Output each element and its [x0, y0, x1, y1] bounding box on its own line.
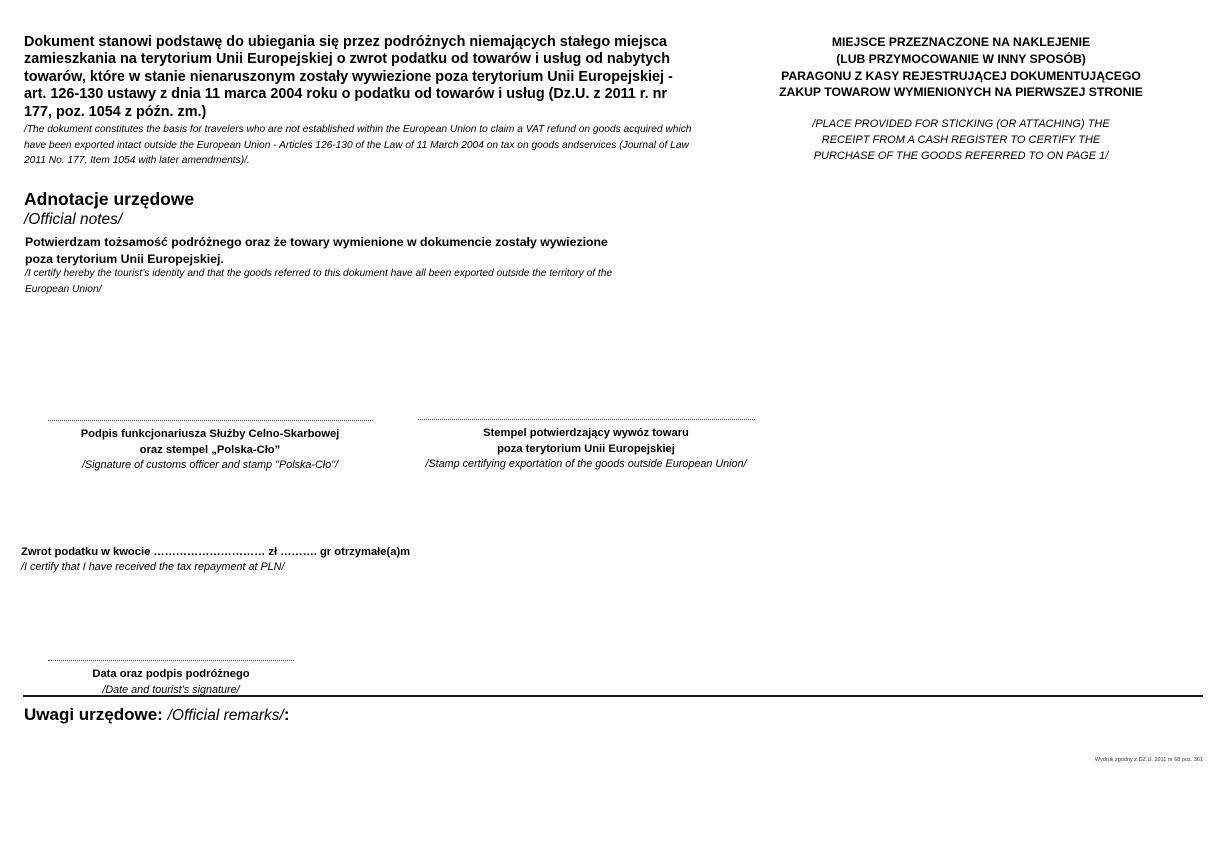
- tourist-signature-label: Data oraz podpis podróżnego: [40, 667, 302, 683]
- official-notes-subtitle: /Official notes/: [24, 211, 122, 229]
- officer-signature-label: Podpis funkcjonariusza Służby Celno-Skar…: [40, 427, 380, 443]
- receipt-area-english-heading: /PLACE PROVIDED FOR STICKING (OR ATTACHI…: [752, 116, 1170, 165]
- export-stamp-label: Stempel potwierdzający wywóz towaru: [405, 426, 767, 442]
- receipt-area-english-line: PURCHASE OF THE GOODS REFERRED TO ON PAG…: [752, 148, 1170, 164]
- receipt-area-polish-line: ZAKUP TOWAROW WYMIENIONYCH NA PIERWSZEJ …: [752, 84, 1170, 101]
- tourist-signature-block: Data oraz podpis podróżnego /Date and to…: [40, 660, 302, 698]
- refund-english-text: /I certify that I have received the tax …: [21, 561, 284, 573]
- receipt-area-polish-line: MIEJSCE PRZEZNACZONE NA NAKLEJENIE: [752, 34, 1170, 51]
- intro-polish-text: Dokument stanowi podstawę do ubiegania s…: [24, 34, 696, 121]
- officer-signature-block: Podpis funkcjonariusza Służby Celno-Skar…: [40, 420, 380, 474]
- receipt-area-english-line: RECEIPT FROM A CASH REGISTER TO CERTIFY …: [752, 132, 1170, 148]
- certification-polish-text: Potwierdzam tożsamość podróżnego oraz że…: [25, 234, 615, 267]
- export-stamp-block: Stempel potwierdzający wywóz towaru poza…: [405, 419, 767, 473]
- official-remarks-english: /Official remarks/: [168, 707, 284, 724]
- tourist-signature-line[interactable]: [48, 660, 294, 661]
- official-remarks-polish: Uwagi urzędowe:: [24, 705, 163, 724]
- official-notes-title: Adnotacje urzędowe: [24, 189, 194, 210]
- export-stamp-label-2: poza terytorium Unii Europejskiej: [405, 442, 767, 458]
- officer-stamp-label: oraz stempel „Polska-Cło”: [40, 443, 380, 459]
- section-divider: [23, 695, 1203, 697]
- certification-english-text: /I certify hereby the tourist’s identity…: [25, 266, 625, 297]
- export-stamp-english: /Stamp certifying exportation of the goo…: [405, 457, 767, 473]
- official-remarks-colon: :: [284, 705, 290, 724]
- intro-english-text: /The dokument constitutes the basis for …: [24, 122, 696, 169]
- officer-signature-english: /Signature of customs officer and stamp …: [40, 458, 380, 474]
- export-stamp-line[interactable]: [418, 419, 755, 420]
- official-remarks-heading: Uwagi urzędowe: /Official remarks/:: [24, 705, 290, 725]
- receipt-area-polish-line: (LUB PRZYMOCOWANIE W INNY SPOSÓB): [752, 51, 1170, 68]
- receipt-area-polish-heading: MIEJSCE PRZEZNACZONE NA NAKLEJENIE (LUB …: [752, 34, 1170, 101]
- receipt-area-polish-line: PARAGONU Z KASY REJESTRUJĄCEJ DOKUMENTUJ…: [752, 68, 1170, 85]
- refund-amount-field[interactable]: Zwrot podatku w kwocie ………………………… zł …………: [21, 546, 410, 558]
- officer-signature-line[interactable]: [48, 420, 373, 421]
- legal-footnote: Wydruk zgodny z DZ.U. 2011 nr 68 poz. 36…: [1040, 757, 1203, 763]
- receipt-area-english-line: /PLACE PROVIDED FOR STICKING (OR ATTACHI…: [752, 116, 1170, 132]
